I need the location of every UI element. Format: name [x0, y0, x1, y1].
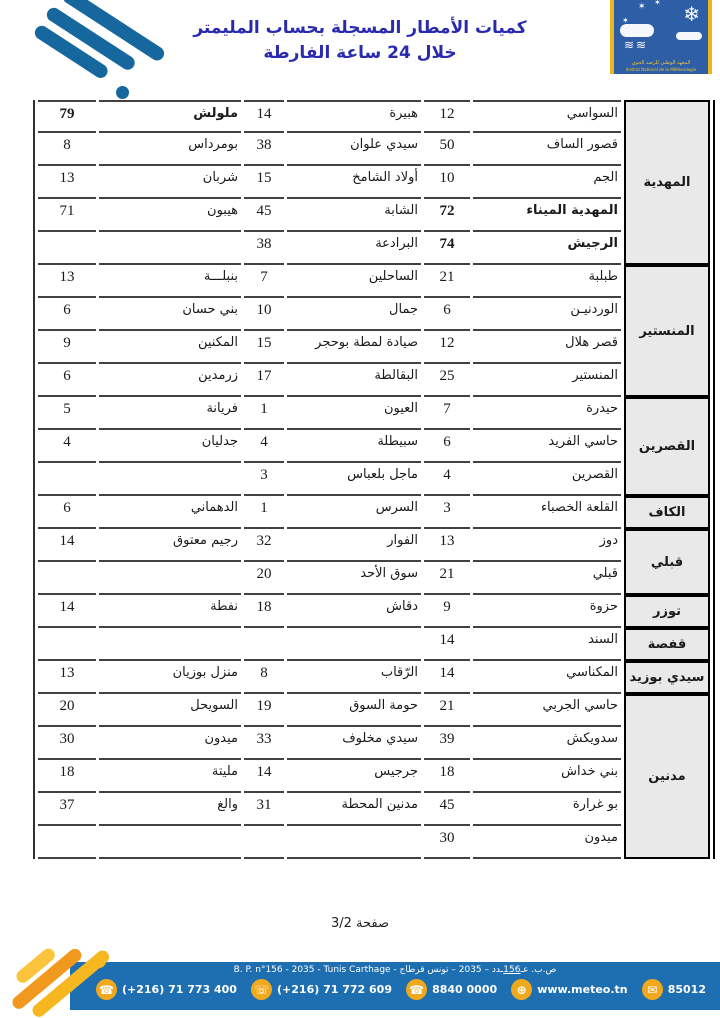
address-box-number: 156 — [503, 965, 520, 975]
station-cell: السرس — [287, 496, 421, 529]
station-cell: القلعة الخصباء — [473, 496, 621, 529]
value-cell: 6 — [38, 298, 96, 331]
value-cell: 31 — [244, 793, 284, 826]
rainfall-table: المهديةالسواسي12هبيرة14ملولش79قصور الساف… — [33, 100, 713, 859]
value-cell: 14 — [424, 661, 470, 694]
table-row: قبليدوز13الفوار32رجيم معتوق14 — [38, 529, 710, 562]
station-cell: المنستير — [473, 364, 621, 397]
station-cell: ماجل بلعباس — [287, 463, 421, 496]
region-header-cell: قفصة — [624, 628, 710, 661]
table-row: المنستير25البقالطة17زرمدين6 — [38, 364, 710, 397]
station-cell: الجم — [473, 166, 621, 199]
footer-stripes-decoration — [0, 948, 130, 1018]
station-cell: جرجيس — [287, 760, 421, 793]
call-center-number: 8840 0000 — [432, 983, 497, 996]
footer-contacts: ☎ (+216) 71 773 400 ☏ (+216) 71 772 609 … — [70, 975, 720, 1000]
station-cell: الشابة — [287, 199, 421, 232]
station-cell: دقاش — [287, 595, 421, 628]
station-cell: حزوة — [473, 595, 621, 628]
value-cell — [38, 826, 96, 859]
station-cell: منزل بوزيان — [99, 661, 241, 694]
snowflake-icon: ❄ — [683, 2, 700, 26]
station-cell: رجيم معتوق — [99, 529, 241, 562]
fax-icon: ☏ — [251, 979, 272, 1000]
contact-call-center: ☎ 8840 0000 — [406, 979, 497, 1000]
value-cell: 7 — [244, 265, 284, 298]
station-cell: طبلبة — [473, 265, 621, 298]
station-cell — [99, 826, 241, 859]
value-cell — [244, 826, 284, 859]
value-cell: 15 — [244, 166, 284, 199]
value-cell: 30 — [38, 727, 96, 760]
wave-icon: ≋≋ — [624, 38, 648, 52]
table-row: بو غرارة45مدنين المحطة31والغ37 — [38, 793, 710, 826]
address-french: B. P. n°156 - 2035 - Tunis Carthage - — [234, 965, 400, 975]
table-row: ميدون30 — [38, 826, 710, 859]
value-cell: 71 — [38, 199, 96, 232]
value-cell: 72 — [424, 199, 470, 232]
fax-number: (+216) 71 772 609 — [277, 983, 392, 996]
value-cell: 20 — [244, 562, 284, 595]
value-cell — [38, 562, 96, 595]
station-cell: والغ — [99, 793, 241, 826]
value-cell: 6 — [424, 298, 470, 331]
station-cell: سيدي مخلوف — [287, 727, 421, 760]
value-cell: 17 — [244, 364, 284, 397]
value-cell: 14 — [38, 529, 96, 562]
wing-dot-icon — [116, 86, 129, 99]
value-cell: 21 — [424, 562, 470, 595]
star-icon: ✶ — [654, 0, 661, 7]
value-cell — [38, 463, 96, 496]
station-cell: أولاد الشامخ — [287, 166, 421, 199]
station-cell: زرمدين — [99, 364, 241, 397]
region-header-cell: سيدي بوزيد — [624, 661, 710, 694]
region-header-cell: المهدية — [624, 100, 710, 265]
value-cell: 18 — [244, 595, 284, 628]
station-cell — [287, 826, 421, 859]
station-cell: الساحلين — [287, 265, 421, 298]
value-cell: 8 — [38, 133, 96, 166]
station-cell: نفطة — [99, 595, 241, 628]
region-header-cell: مدنين — [624, 694, 710, 859]
table-row: سدويكش39سيدي مخلوف33ميدون30 — [38, 727, 710, 760]
station-cell: ميدون — [99, 727, 241, 760]
value-cell: 45 — [424, 793, 470, 826]
value-cell: 18 — [424, 760, 470, 793]
footer-bar: B. P. n°156 - 2035 - Tunis Carthage - ص.… — [70, 962, 720, 1010]
region-header-cell: توزر — [624, 595, 710, 628]
table-row: سيدي بوزيدالمكناسي14الرّقاب8منزل بوزيان1… — [38, 661, 710, 694]
table-row: مدنينحاسي الجربي21حومة السوق19السويحل20 — [38, 694, 710, 727]
table-row: قبلي21سوق الأحد20 — [38, 562, 710, 595]
value-cell: 50 — [424, 133, 470, 166]
table-row: قصور الساف50سيدي علوان38بومرداس8 — [38, 133, 710, 166]
value-cell: 39 — [424, 727, 470, 760]
station-cell: الدهماني — [99, 496, 241, 529]
contact-fax: ☏ (+216) 71 772 609 — [251, 979, 392, 1000]
station-cell: حومة السوق — [287, 694, 421, 727]
station-cell: هبيرة — [287, 100, 421, 133]
station-cell: بني حسان — [99, 298, 241, 331]
value-cell: 7 — [424, 397, 470, 430]
table-row: توزرحزوة9دقاش18نفطة14 — [38, 595, 710, 628]
star-icon: ✶ — [638, 2, 646, 12]
value-cell: 32 — [244, 529, 284, 562]
station-cell: بومرداس — [99, 133, 241, 166]
station-cell: بو غرارة — [473, 793, 621, 826]
station-cell: فريانة — [99, 397, 241, 430]
station-cell: السند — [473, 628, 621, 661]
value-cell: 79 — [38, 100, 96, 133]
value-cell — [38, 232, 96, 265]
table-row: المهدية الميناء72الشابة45هيبون71 — [38, 199, 710, 232]
value-cell: 18 — [38, 760, 96, 793]
value-cell: 1 — [244, 397, 284, 430]
station-cell — [99, 562, 241, 595]
value-cell: 13 — [424, 529, 470, 562]
station-cell: بنبلـــة — [99, 265, 241, 298]
phone-number: (+216) 71 773 400 — [122, 983, 237, 996]
footer-address: B. P. n°156 - 2035 - Tunis Carthage - ص.… — [70, 962, 720, 975]
value-cell: 1 — [244, 496, 284, 529]
rain-table-body: المهديةالسواسي12هبيرة14ملولش79قصور الساف… — [38, 100, 710, 859]
value-cell: 13 — [38, 661, 96, 694]
station-cell: الفوار — [287, 529, 421, 562]
station-cell: قصر هلال — [473, 331, 621, 364]
value-cell: 14 — [244, 100, 284, 133]
value-cell: 4 — [38, 430, 96, 463]
value-cell: 4 — [424, 463, 470, 496]
value-cell — [244, 628, 284, 661]
station-cell: المهدية الميناء — [473, 199, 621, 232]
value-cell: 12 — [424, 100, 470, 133]
station-cell: العيون — [287, 397, 421, 430]
address-arabic: ص.ب. عـ156ـدد – 2035 – تونس قرطاج — [400, 965, 557, 975]
station-cell: البقالطة — [287, 364, 421, 397]
station-cell: هيبون — [99, 199, 241, 232]
station-cell: سيدي علوان — [287, 133, 421, 166]
station-cell — [287, 628, 421, 661]
value-cell: 4 — [244, 430, 284, 463]
value-cell: 38 — [244, 133, 284, 166]
value-cell: 10 — [424, 166, 470, 199]
value-cell: 6 — [38, 496, 96, 529]
value-cell: 21 — [424, 694, 470, 727]
station-cell: مدنين المحطة — [287, 793, 421, 826]
sms-number: 85012 — [668, 983, 706, 996]
inm-name-fr: Institut National de la Météorologie — [614, 67, 708, 72]
station-cell: دوز — [473, 529, 621, 562]
page-number-label: صفحة 3/2 — [0, 916, 720, 931]
region-header-cell: الكاف — [624, 496, 710, 529]
document-page: { "header": { "title_line1": "كميات الأم… — [0, 0, 720, 1018]
table-row: الجم10أولاد الشامخ15شربان13 — [38, 166, 710, 199]
table-row: قصر هلال12صيادة لمطة بوحجر15المكنين9 — [38, 331, 710, 364]
cloud-icon — [620, 24, 654, 37]
value-cell: 33 — [244, 727, 284, 760]
globe-icon: ⊕ — [511, 979, 532, 1000]
station-cell: الوردنيـن — [473, 298, 621, 331]
value-cell: 20 — [38, 694, 96, 727]
station-cell: ميدون — [473, 826, 621, 859]
region-header-cell: القصرين — [624, 397, 710, 496]
station-cell — [99, 463, 241, 496]
station-cell: سبيطلة — [287, 430, 421, 463]
table-row: الرجيش74البرادعة38 — [38, 232, 710, 265]
value-cell — [38, 628, 96, 661]
sms-icon: ✉ — [642, 979, 663, 1000]
station-cell: المكنين — [99, 331, 241, 364]
value-cell: 14 — [424, 628, 470, 661]
station-cell: الرجيش — [473, 232, 621, 265]
value-cell: 6 — [38, 364, 96, 397]
value-cell: 37 — [38, 793, 96, 826]
region-header-cell: قبلي — [624, 529, 710, 595]
stripe-dot-icon — [92, 954, 106, 968]
station-cell: قبلي — [473, 562, 621, 595]
station-cell: السواسي — [473, 100, 621, 133]
website-link[interactable]: www.meteo.tn — [537, 983, 627, 996]
address-arabic-part: ـدد – 2035 – تونس قرطاج — [400, 965, 504, 975]
cloud-icon — [676, 32, 702, 40]
value-cell: 9 — [38, 331, 96, 364]
station-cell: مليتة — [99, 760, 241, 793]
contact-website[interactable]: ⊕ www.meteo.tn — [511, 979, 627, 1000]
value-cell: 9 — [424, 595, 470, 628]
table-row: بني خداش18جرجيس14مليتة18 — [38, 760, 710, 793]
value-cell: 21 — [424, 265, 470, 298]
table-row: القصرينحيدرة7العيون1فريانة5 — [38, 397, 710, 430]
station-cell: صيادة لمطة بوحجر — [287, 331, 421, 364]
value-cell: 3 — [424, 496, 470, 529]
station-cell: جمال — [287, 298, 421, 331]
value-cell: 5 — [38, 397, 96, 430]
station-cell: بني خداش — [473, 760, 621, 793]
value-cell: 15 — [244, 331, 284, 364]
address-arabic-part: ص.ب. عـ — [520, 965, 556, 975]
value-cell: 6 — [424, 430, 470, 463]
value-cell: 3 — [244, 463, 284, 496]
value-cell: 8 — [244, 661, 284, 694]
station-cell: القصرين — [473, 463, 621, 496]
value-cell: 19 — [244, 694, 284, 727]
station-cell: المكناسي — [473, 661, 621, 694]
station-cell: قصور الساف — [473, 133, 621, 166]
station-cell: جدليان — [99, 430, 241, 463]
table-row: المنستيرطبلبة21الساحلين7بنبلـــة13 — [38, 265, 710, 298]
station-cell: سوق الأحد — [287, 562, 421, 595]
table-row: قفصةالسند14 — [38, 628, 710, 661]
station-cell — [99, 232, 241, 265]
station-cell: شربان — [99, 166, 241, 199]
value-cell: 30 — [424, 826, 470, 859]
table-row: الكافالقلعة الخصباء3السرس1الدهماني6 — [38, 496, 710, 529]
value-cell: 38 — [244, 232, 284, 265]
value-cell: 10 — [244, 298, 284, 331]
station-cell: حيدرة — [473, 397, 621, 430]
contact-sms: ✉ 85012 — [642, 979, 706, 1000]
table-row: القصرين4ماجل بلعباس3 — [38, 463, 710, 496]
table-row: المهديةالسواسي12هبيرة14ملولش79 — [38, 100, 710, 133]
value-cell: 12 — [424, 331, 470, 364]
region-header-cell: المنستير — [624, 265, 710, 397]
station-cell: البرادعة — [287, 232, 421, 265]
value-cell: 45 — [244, 199, 284, 232]
inm-logo-caption: المعهد الوطني للرصد الجوي Institut Natio… — [614, 60, 708, 72]
call-center-icon: ☎ — [406, 979, 427, 1000]
station-cell: حاسي الجربي — [473, 694, 621, 727]
inm-logo: ❄ ✶ ✶ ✶ ≋≋ المعهد الوطني للرصد الجوي Ins… — [610, 0, 712, 74]
table-row: الوردنيـن6جمال10بني حسان6 — [38, 298, 710, 331]
station-cell — [99, 628, 241, 661]
value-cell: 25 — [424, 364, 470, 397]
value-cell: 14 — [38, 595, 96, 628]
station-cell: الرّقاب — [287, 661, 421, 694]
value-cell: 13 — [38, 265, 96, 298]
station-cell: سدويكش — [473, 727, 621, 760]
station-cell: حاسي الفريد — [473, 430, 621, 463]
station-cell: السويحل — [99, 694, 241, 727]
value-cell: 13 — [38, 166, 96, 199]
station-cell: ملولش — [99, 100, 241, 133]
value-cell: 14 — [244, 760, 284, 793]
table-row: حاسي الفريد6سبيطلة4جدليان4 — [38, 430, 710, 463]
value-cell: 74 — [424, 232, 470, 265]
